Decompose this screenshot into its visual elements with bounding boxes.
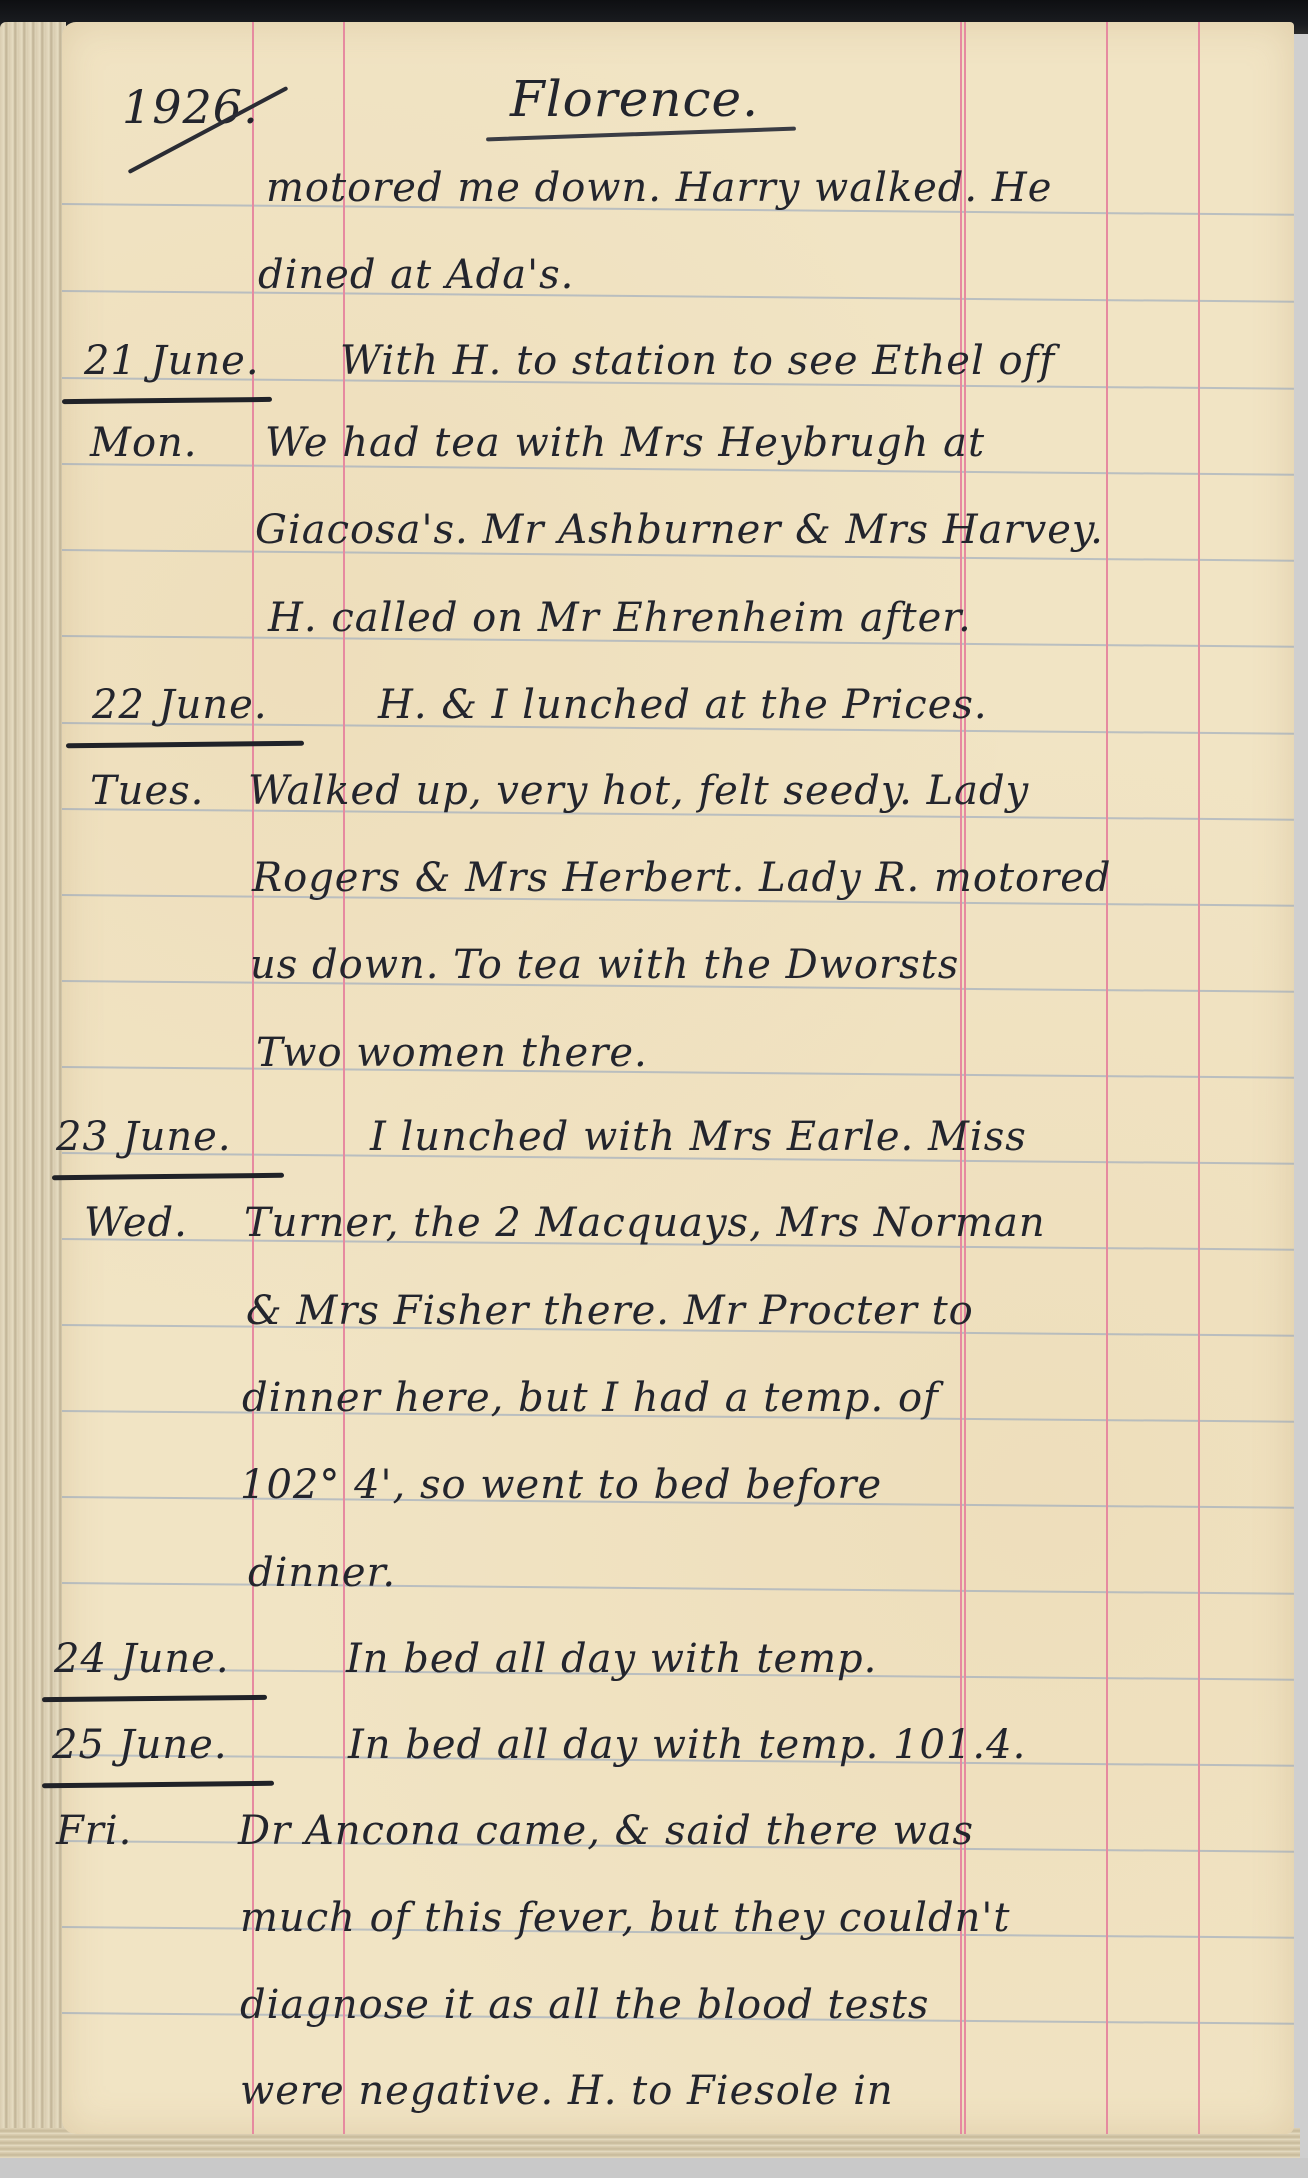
text-line: Dr Ancona came, & said there was xyxy=(238,1808,974,1854)
entry-weekday: Mon. xyxy=(90,420,198,466)
entry-weekday: Tues. xyxy=(90,768,204,814)
entry-date: 25 June. xyxy=(52,1722,228,1768)
text-line: dinner. xyxy=(248,1550,396,1596)
text-line: dined at Ada's. xyxy=(258,252,574,298)
margin-line xyxy=(1106,22,1108,2134)
text-line: Giacosa's. Mr Ashburner & Mrs Harvey. xyxy=(255,507,1104,553)
text-line: motored me down. Harry walked. He xyxy=(266,165,1052,211)
year-heading: 1926. xyxy=(122,80,259,134)
text-line: In bed all day with temp. 101.4. xyxy=(348,1722,1026,1768)
text-line: With H. to station to see Ethel off xyxy=(340,338,1055,384)
text-line: Turner, the 2 Macquays, Mrs Norman xyxy=(244,1200,1046,1246)
text-line: much of this fever, but they couldn't xyxy=(240,1895,1010,1941)
text-line: & Mrs Fisher there. Mr Procter to xyxy=(246,1288,974,1334)
entry-date: 21 June. xyxy=(84,338,260,384)
text-line: diagnose it as all the blood tests xyxy=(240,1982,929,2028)
text-line: We had tea with Mrs Heybrugh at xyxy=(265,420,985,466)
entry-date: 23 June. xyxy=(56,1114,232,1160)
text-line: dinner here, but I had a temp. of xyxy=(242,1375,939,1421)
text-line: were negative. H. to Fiesole in xyxy=(240,2068,894,2114)
text-line: H. & I lunched at the Prices. xyxy=(378,682,988,728)
text-line: 102° 4', so went to bed before xyxy=(240,1462,882,1508)
entry-weekday: Fri. xyxy=(56,1808,132,1854)
entry-date: 24 June. xyxy=(54,1636,230,1682)
entry-weekday: Wed. xyxy=(84,1200,188,1246)
text-line: H. called on Mr Ehrenheim after. xyxy=(268,595,972,641)
text-line: I lunched with Mrs Earle. Miss xyxy=(370,1114,1027,1160)
text-line: Walked up, very hot, felt seedy. Lady xyxy=(248,768,1029,814)
text-line: Rogers & Mrs Herbert. Lady R. motored xyxy=(252,855,1112,901)
entry-date: 22 June. xyxy=(92,682,268,728)
scan-background xyxy=(0,2158,1308,2178)
text-line: In bed all day with temp. xyxy=(346,1636,877,1682)
place-heading: Florence. xyxy=(510,70,759,128)
text-line: us down. To tea with the Dworsts xyxy=(250,942,959,988)
text-line: Two women there. xyxy=(256,1030,648,1076)
margin-line xyxy=(1198,22,1200,2134)
